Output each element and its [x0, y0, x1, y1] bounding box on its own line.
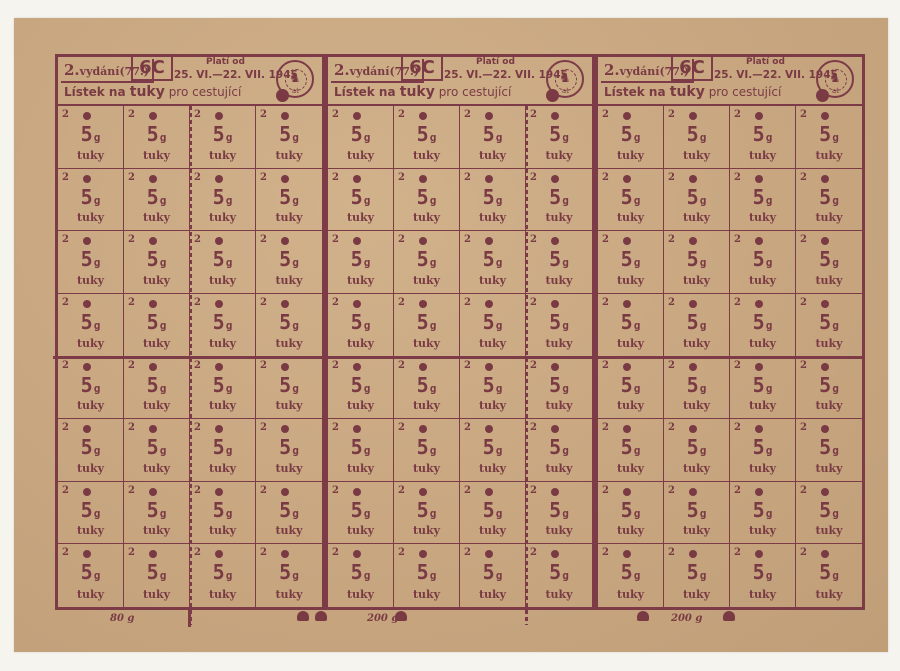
value-number: 5 [483, 373, 495, 397]
coupon-cell[interactable]: 2 5g tuky [124, 544, 190, 607]
coupon-cell[interactable]: 2 5g tuky [190, 419, 256, 482]
coupon-cell[interactable]: 2 5g tuky [664, 482, 730, 545]
coupon-value: 5g [664, 435, 729, 459]
coupon-cell[interactable]: 2 5g tuky [664, 169, 730, 232]
coupon-number: 2 [194, 360, 201, 371]
lion-emblem-icon: ♞ [829, 72, 841, 86]
value-number: 5 [621, 247, 633, 271]
coupon-cell[interactable]: 2 5g tuky [58, 419, 124, 482]
coupon-cell[interactable]: 2 5g tuky [328, 231, 394, 294]
coupon-cell[interactable]: 2 5g tuky [460, 294, 526, 357]
value-number: 5 [483, 247, 495, 271]
coupon-value: 5g [124, 247, 189, 271]
coupon-cell[interactable]: 2 5g tuky [460, 169, 526, 232]
valid-from-label: Platí od [206, 57, 245, 67]
coupon-label: tuky [328, 149, 393, 162]
coupon-number: 2 [398, 422, 405, 433]
coupon-cell[interactable]: 2 5g tuky [526, 231, 592, 294]
coupon-number: 2 [668, 109, 675, 120]
dot-icon [281, 550, 289, 558]
value-number: 5 [213, 498, 225, 522]
title-part: pro cestující [705, 85, 781, 99]
coupon-label: tuky [526, 274, 592, 287]
coupon-cell[interactable]: 2 5g tuky [730, 482, 796, 545]
coupon-label: tuky [730, 588, 795, 601]
coupon-cell[interactable]: 2 5g tuky [598, 419, 664, 482]
value-unit: g [700, 507, 707, 520]
coupon-value: 5g [796, 185, 862, 209]
coupon-label: tuky [460, 274, 525, 287]
value-unit: g [292, 444, 299, 457]
dot-icon [149, 363, 157, 371]
series-code: 6C [131, 57, 173, 81]
coupon-cell[interactable]: 2 5g tuky [730, 419, 796, 482]
coupon-cell[interactable]: 2 5g tuky [730, 357, 796, 420]
value-unit: g [364, 507, 371, 520]
coupon-cell[interactable]: 2 5g tuky [664, 419, 730, 482]
value-number: 5 [213, 560, 225, 584]
coupon-cell[interactable]: 2 5g tuky [328, 169, 394, 232]
coupon-cell[interactable]: 2 5g tuky [256, 544, 322, 607]
state-seal-icon: ♞ [276, 60, 314, 98]
value-number: 5 [753, 247, 765, 271]
dot-icon [83, 425, 91, 433]
coupon-cell[interactable]: 2 5g tuky [190, 294, 256, 357]
coupon-label: tuky [124, 588, 189, 601]
coupon-cell[interactable]: 2 5g tuky [598, 106, 664, 169]
coupon-cell[interactable]: 2 5g tuky [190, 357, 256, 420]
value-unit: g [430, 256, 437, 269]
value-unit: g [766, 131, 773, 144]
coupon-value: 5g [796, 560, 862, 584]
coupon-cell[interactable]: 2 5g tuky [256, 106, 322, 169]
coupon-cell[interactable]: 2 5g tuky [796, 544, 862, 607]
coupon-cell[interactable]: 2 5g tuky [394, 294, 460, 357]
coupon-cell[interactable]: 2 5g tuky [394, 544, 460, 607]
dot-icon [821, 112, 829, 120]
section-footer: 200 g [595, 607, 865, 625]
dot-icon [755, 237, 763, 245]
coupon-cell[interactable]: 2 5g tuky [664, 357, 730, 420]
coupon-value: 5g [730, 560, 795, 584]
coupon-number: 2 [800, 360, 807, 371]
coupon-label: tuky [460, 211, 525, 224]
perforation-line [525, 106, 528, 625]
dot-icon [821, 425, 829, 433]
coupon-cell[interactable]: 2 5g tuky [460, 106, 526, 169]
coupon-value: 5g [796, 373, 862, 397]
coupon-value: 5g [796, 435, 862, 459]
coupon-label: tuky [664, 462, 729, 475]
coupon-cell[interactable]: 2 5g tuky [796, 106, 862, 169]
dot-icon [821, 488, 829, 496]
dot-icon [419, 425, 427, 433]
coupon-label: tuky [526, 399, 592, 412]
coupon-value: 5g [124, 122, 189, 146]
value-unit: g [832, 131, 839, 144]
coupon-label: tuky [664, 149, 729, 162]
coupon-cell[interactable]: 2 5g tuky [460, 544, 526, 607]
coupon-cell[interactable]: 2 5g tuky [526, 482, 592, 545]
value-unit: g [364, 319, 371, 332]
coupon-cell[interactable]: 2 5g tuky [730, 106, 796, 169]
dot-icon [551, 550, 559, 558]
coupon-cell[interactable]: 2 5g tuky [598, 357, 664, 420]
coupon-label: tuky [58, 149, 123, 162]
value-number: 5 [483, 310, 495, 334]
coupon-number: 2 [734, 109, 741, 120]
ration-card-sheet: 2.vydání(77.) 6C Platí od 25. VI.—22. VI… [55, 54, 865, 609]
coupon-cell[interactable]: 2 5g tuky [796, 357, 862, 420]
dot-icon [485, 112, 493, 120]
coupon-value: 5g [328, 498, 393, 522]
value-unit: g [226, 131, 233, 144]
coupon-cell[interactable]: 2 5g tuky [730, 169, 796, 232]
value-unit: g [634, 444, 641, 457]
value-unit: g [496, 382, 503, 395]
coupon-cell[interactable]: 2 5g tuky [328, 106, 394, 169]
coupon-cell[interactable]: 2 5g tuky [328, 294, 394, 357]
coupon-cell[interactable]: 2 5g tuky [256, 357, 322, 420]
value-unit: g [496, 256, 503, 269]
value-number: 5 [81, 560, 93, 584]
value-number: 5 [687, 435, 699, 459]
value-unit: g [160, 194, 167, 207]
coupon-value: 5g [256, 435, 322, 459]
coupon-cell[interactable]: 2 5g tuky [598, 544, 664, 607]
coupon-cell[interactable]: 2 5g tuky [526, 419, 592, 482]
coupon-cell[interactable]: 2 5g tuky [526, 169, 592, 232]
value-number: 5 [687, 560, 699, 584]
dot-icon [83, 300, 91, 308]
coupon-cell[interactable]: 2 5g tuky [796, 169, 862, 232]
coupon-cell[interactable]: 2 5g tuky [394, 482, 460, 545]
dot-icon [551, 300, 559, 308]
coupon-label: tuky [328, 588, 393, 601]
value-unit: g [562, 444, 569, 457]
coupon-cell[interactable]: 2 5g tuky [460, 419, 526, 482]
coupon-cell[interactable]: 2 5g tuky [256, 419, 322, 482]
coupon-cell[interactable]: 2 5g tuky [664, 294, 730, 357]
dot-icon [623, 300, 631, 308]
value-number: 5 [147, 247, 159, 271]
dot-icon [149, 550, 157, 558]
coupon-cell[interactable]: 2 5g tuky [730, 231, 796, 294]
dot-icon [689, 363, 697, 371]
coupon-value: 5g [328, 373, 393, 397]
value-unit: g [832, 319, 839, 332]
coupon-cell[interactable]: 2 5g tuky [526, 544, 592, 607]
value-number: 5 [279, 310, 291, 334]
coupon-value: 5g [328, 185, 393, 209]
coupon-label: tuky [58, 337, 123, 350]
value-unit: g [562, 319, 569, 332]
coupon-label: tuky [256, 524, 322, 537]
value-number: 5 [549, 498, 561, 522]
coupon-cell[interactable]: 2 5g tuky [190, 231, 256, 294]
dot-icon [83, 488, 91, 496]
value-unit: g [292, 569, 299, 582]
coupon-cell[interactable]: 2 5g tuky [328, 357, 394, 420]
value-number: 5 [417, 185, 429, 209]
coupon-number: 2 [194, 422, 201, 433]
coupon-cell[interactable]: 2 5g tuky [190, 482, 256, 545]
valid-from-label: Platí od [746, 57, 785, 67]
dot-icon [623, 112, 631, 120]
value-unit: g [700, 319, 707, 332]
coupon-number: 2 [128, 297, 135, 308]
value-number: 5 [279, 247, 291, 271]
value-number: 5 [81, 498, 93, 522]
coupon-cell[interactable]: 2 5g tuky [190, 106, 256, 169]
coupon-cell[interactable]: 2 5g tuky [664, 544, 730, 607]
value-number: 5 [213, 185, 225, 209]
coupon-cell[interactable]: 2 5g tuky [598, 169, 664, 232]
card-title: Lístek na tuky pro cestující [604, 84, 781, 100]
coupon-cell[interactable]: 2 5g tuky [190, 544, 256, 607]
value-unit: g [292, 319, 299, 332]
coupon-cell[interactable]: 2 5g tuky [328, 482, 394, 545]
value-number: 5 [819, 247, 831, 271]
value-unit: g [94, 507, 101, 520]
coupon-value: 5g [58, 310, 123, 334]
coupon-number: 2 [602, 360, 609, 371]
coupon-cell[interactable]: 2 5g tuky [526, 106, 592, 169]
value-unit: g [364, 444, 371, 457]
state-seal-icon: ♞ [816, 60, 854, 98]
coupon-value: 5g [190, 373, 255, 397]
value-number: 5 [549, 122, 561, 146]
coupon-value: 5g [394, 185, 459, 209]
coupon-value: 5g [58, 373, 123, 397]
coupon-cell[interactable]: 2 5g tuky [598, 294, 664, 357]
dot-icon [755, 363, 763, 371]
value-unit: g [766, 256, 773, 269]
coupon-number: 2 [734, 547, 741, 558]
dot-icon [551, 363, 559, 371]
series-code: 6C [401, 57, 443, 81]
value-number: 5 [147, 498, 159, 522]
coupon-value: 5g [730, 373, 795, 397]
value-unit: g [94, 444, 101, 457]
dot-icon [215, 112, 223, 120]
coupon-number: 2 [128, 234, 135, 245]
coupon-value: 5g [256, 373, 322, 397]
coupon-number: 2 [332, 172, 339, 183]
coupon-value: 5g [664, 310, 729, 334]
coupon-number: 2 [398, 109, 405, 120]
coupon-cell[interactable]: 2 5g tuky [460, 357, 526, 420]
coupon-cell[interactable]: 2 5g tuky [58, 482, 124, 545]
coupon-cell[interactable]: 2 5g tuky [124, 231, 190, 294]
coupon-number: 2 [530, 109, 537, 120]
coupon-cell[interactable]: 2 5g tuky [394, 419, 460, 482]
coupon-value: 5g [58, 498, 123, 522]
coupon-number: 2 [734, 234, 741, 245]
coupon-value: 5g [526, 373, 592, 397]
coupon-label: tuky [598, 462, 663, 475]
dot-icon [353, 425, 361, 433]
coupon-cell[interactable]: 2 5g tuky [730, 294, 796, 357]
value-unit: g [160, 444, 167, 457]
coupon-value: 5g [190, 498, 255, 522]
coupon-number: 2 [128, 172, 135, 183]
dot-icon [485, 300, 493, 308]
title-emphasis: tuky [130, 84, 165, 100]
value-unit: g [364, 256, 371, 269]
coupon-number: 2 [668, 422, 675, 433]
dot-icon [281, 488, 289, 496]
coupon-cell[interactable]: 2 5g tuky [58, 544, 124, 607]
coupon-cell[interactable]: 2 5g tuky [796, 294, 862, 357]
coupon-label: tuky [526, 149, 592, 162]
coupon-number: 2 [668, 360, 675, 371]
coupon-cell[interactable]: 2 5g tuky [124, 357, 190, 420]
coupon-cell[interactable]: 2 5g tuky [58, 357, 124, 420]
coupon-label: tuky [190, 399, 255, 412]
coupon-cell[interactable]: 2 5g tuky [58, 231, 124, 294]
coupon-label: tuky [664, 211, 729, 224]
value-number: 5 [81, 185, 93, 209]
coupon-number: 2 [800, 234, 807, 245]
coupon-cell[interactable]: 2 5g tuky [664, 106, 730, 169]
dot-icon [689, 488, 697, 496]
value-number: 5 [819, 310, 831, 334]
coupon-cell[interactable]: 2 5g tuky [124, 106, 190, 169]
coupon-value: 5g [124, 310, 189, 334]
dot-icon [215, 363, 223, 371]
coupon-number: 2 [464, 297, 471, 308]
coupon-value: 5g [58, 560, 123, 584]
lion-emblem-icon: ♞ [559, 72, 571, 86]
dot-icon [485, 488, 493, 496]
coupon-cell[interactable]: 2 5g tuky [796, 419, 862, 482]
value-number: 5 [279, 373, 291, 397]
coupon-label: tuky [256, 399, 322, 412]
coupon-number: 2 [530, 485, 537, 496]
coupon-number: 2 [530, 234, 537, 245]
coupon-cell[interactable]: 2 5g tuky [394, 169, 460, 232]
coupon-cell[interactable]: 2 5g tuky [58, 294, 124, 357]
coupon-cell[interactable]: 2 5g tuky [328, 419, 394, 482]
coupon-cell[interactable]: 2 5g tuky [256, 294, 322, 357]
coupon-number: 2 [530, 422, 537, 433]
value-unit: g [832, 507, 839, 520]
coupon-value: 5g [124, 373, 189, 397]
value-unit: g [94, 319, 101, 332]
coupon-number: 2 [668, 485, 675, 496]
coupon-value: 5g [730, 185, 795, 209]
value-unit: g [700, 444, 707, 457]
value-number: 5 [81, 247, 93, 271]
coupon-label: tuky [796, 274, 862, 287]
coupon-cell[interactable]: 2 5g tuky [796, 482, 862, 545]
coupon-cell[interactable]: 2 5g tuky [124, 294, 190, 357]
value-unit: g [160, 131, 167, 144]
coupon-label: tuky [328, 211, 393, 224]
coupon-number: 2 [62, 485, 69, 496]
coupon-cell[interactable]: 2 5g tuky [664, 231, 730, 294]
value-unit: g [496, 507, 503, 520]
coupon-label: tuky [190, 149, 255, 162]
value-number: 5 [549, 373, 561, 397]
dot-icon [689, 425, 697, 433]
title-part: pro cestující [165, 85, 241, 99]
coupon-cell[interactable]: 2 5g tuky [190, 169, 256, 232]
coupon-cell[interactable]: 2 5g tuky [460, 231, 526, 294]
coupon-cell[interactable]: 2 5g tuky [394, 357, 460, 420]
value-number: 5 [549, 310, 561, 334]
value-number: 5 [819, 498, 831, 522]
value-unit: g [94, 569, 101, 582]
dot-icon [623, 550, 631, 558]
coupon-cell[interactable]: 2 5g tuky [598, 482, 664, 545]
coupon-cell[interactable]: 2 5g tuky [460, 482, 526, 545]
coupon-label: tuky [526, 588, 592, 601]
coupon-cell[interactable]: 2 5g tuky [58, 106, 124, 169]
coupon-label: tuky [796, 149, 862, 162]
coupon-number: 2 [332, 485, 339, 496]
coupon-cell[interactable]: 2 5g tuky [796, 231, 862, 294]
coupon-value: 5g [460, 373, 525, 397]
coupon-number: 2 [194, 485, 201, 496]
coupon-label: tuky [796, 462, 862, 475]
coupon-value: 5g [190, 435, 255, 459]
coupon-number: 2 [62, 234, 69, 245]
coupon-cell[interactable]: 2 5g tuky [256, 169, 322, 232]
value-unit: g [634, 569, 641, 582]
coupon-number: 2 [260, 360, 267, 371]
coupon-cell[interactable]: 2 5g tuky [256, 482, 322, 545]
coupon-cell[interactable]: 2 5g tuky [730, 544, 796, 607]
value-number: 5 [147, 373, 159, 397]
lion-emblem-icon: ♞ [289, 72, 301, 86]
coupon-cell[interactable]: 2 5g tuky [526, 357, 592, 420]
coupon-label: tuky [730, 211, 795, 224]
coupon-cell[interactable]: 2 5g tuky [256, 231, 322, 294]
section-header: 2.vydání(77.) 6C Platí od 25. VI.—22. VI… [595, 54, 865, 106]
series-code: 6C [671, 57, 713, 81]
coupon-cell[interactable]: 2 5g tuky [598, 231, 664, 294]
coupon-cell[interactable]: 2 5g tuky [124, 419, 190, 482]
coupon-value: 5g [796, 122, 862, 146]
coupon-value: 5g [526, 435, 592, 459]
section-footer: 200 g [325, 607, 595, 625]
coupon-value: 5g [664, 560, 729, 584]
coupon-cell[interactable]: 2 5g tuky [394, 106, 460, 169]
coupon-value: 5g [328, 310, 393, 334]
coupon-cell[interactable]: 2 5g tuky [124, 169, 190, 232]
dot-icon [419, 488, 427, 496]
coupon-cell[interactable]: 2 5g tuky [526, 294, 592, 357]
footer-stamp-icon [395, 611, 407, 621]
coupon-cell[interactable]: 2 5g tuky [124, 482, 190, 545]
value-number: 5 [621, 373, 633, 397]
coupon-number: 2 [260, 109, 267, 120]
coupon-value: 5g [58, 185, 123, 209]
value-unit: g [364, 569, 371, 582]
value-unit: g [562, 194, 569, 207]
coupon-label: tuky [796, 399, 862, 412]
coupon-cell[interactable]: 2 5g tuky [58, 169, 124, 232]
coupon-label: tuky [124, 337, 189, 350]
coupon-cell[interactable]: 2 5g tuky [328, 544, 394, 607]
coupon-cell[interactable]: 2 5g tuky [394, 231, 460, 294]
value-number: 5 [351, 185, 363, 209]
coupon-value: 5g [256, 310, 322, 334]
coupon-label: tuky [526, 211, 592, 224]
value-unit: g [364, 194, 371, 207]
